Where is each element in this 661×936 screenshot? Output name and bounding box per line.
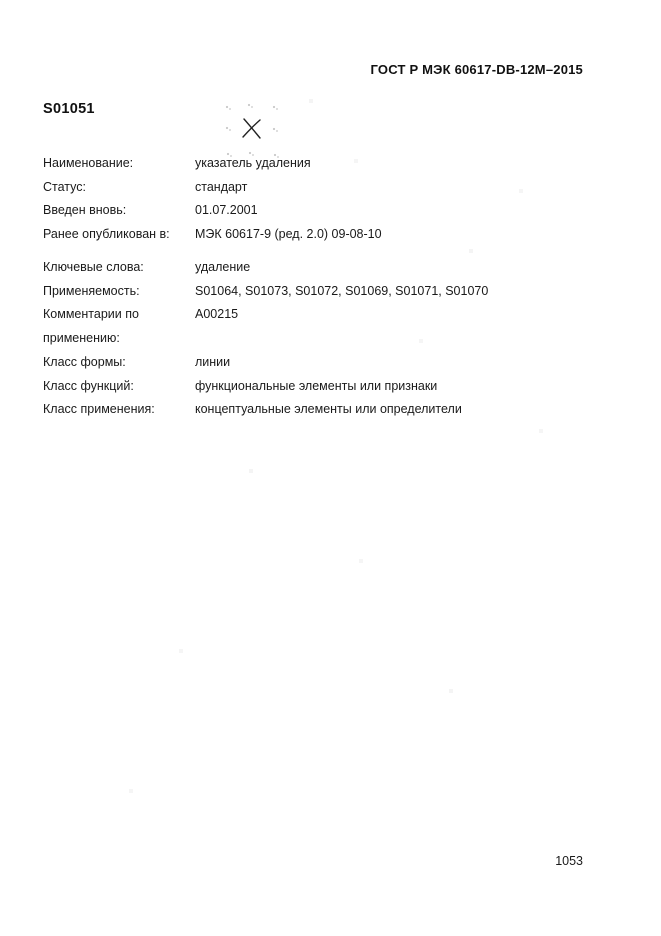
- field-row-name: Наименование: указатель удаления: [43, 152, 601, 176]
- document-page: ГОСТ Р МЭК 60617-DB-12M–2015 S01051: [0, 0, 661, 936]
- field-row-keywords: Ключевые слова: удаление: [43, 256, 601, 280]
- field-value: указатель удаления: [195, 152, 311, 176]
- field-value: стандарт: [195, 176, 247, 200]
- field-row-application-comments: Комментарии по применению: A00215: [43, 303, 601, 350]
- field-label: Введен вновь:: [43, 199, 195, 223]
- scan-noise: [0, 0, 2, 2]
- field-value: МЭК 60617-9 (ред. 2.0) 09-08-10: [195, 223, 382, 247]
- field-label: Класс функций:: [43, 375, 195, 399]
- field-row-applicability: Применяемость: S01064, S01073, S01072, S…: [43, 280, 601, 304]
- document-title: ГОСТ Р МЭК 60617-DB-12M–2015: [371, 62, 583, 77]
- field-label: Ранее опубликован в:: [43, 223, 195, 247]
- field-row-introduced: Введен вновь: 01.07.2001: [43, 199, 601, 223]
- field-label: Класс применения:: [43, 398, 195, 422]
- field-value: концептуальные элементы или определители: [195, 398, 462, 422]
- page-number: 1053: [555, 854, 583, 868]
- field-row-status: Статус: стандарт: [43, 176, 601, 200]
- field-group-classification: Ключевые слова: удаление Применяемость: …: [43, 256, 601, 422]
- field-row-function-class: Класс функций: функциональные элементы и…: [43, 375, 601, 399]
- field-label: Комментарии по применению:: [43, 303, 195, 350]
- field-value: 01.07.2001: [195, 199, 258, 223]
- field-value: S01064, S01073, S01072, S01069, S01071, …: [195, 280, 488, 304]
- field-value: A00215: [195, 303, 238, 327]
- field-label: Класс формы:: [43, 351, 195, 375]
- field-row-previously-published: Ранее опубликован в: МЭК 60617-9 (ред. 2…: [43, 223, 601, 247]
- field-label: Ключевые слова:: [43, 256, 195, 280]
- field-label: Статус:: [43, 176, 195, 200]
- field-label: Применяемость:: [43, 280, 195, 304]
- field-row-application-class: Класс применения: концептуальные элемент…: [43, 398, 601, 422]
- field-group-main: Наименование: указатель удаления Статус:…: [43, 152, 601, 247]
- symbol-id: S01051: [43, 101, 95, 117]
- field-value: функциональные элементы или признаки: [195, 375, 437, 399]
- field-value: удаление: [195, 256, 250, 280]
- field-value: линии: [195, 351, 230, 375]
- field-label: Наименование:: [43, 152, 195, 176]
- field-row-form-class: Класс формы: линии: [43, 351, 601, 375]
